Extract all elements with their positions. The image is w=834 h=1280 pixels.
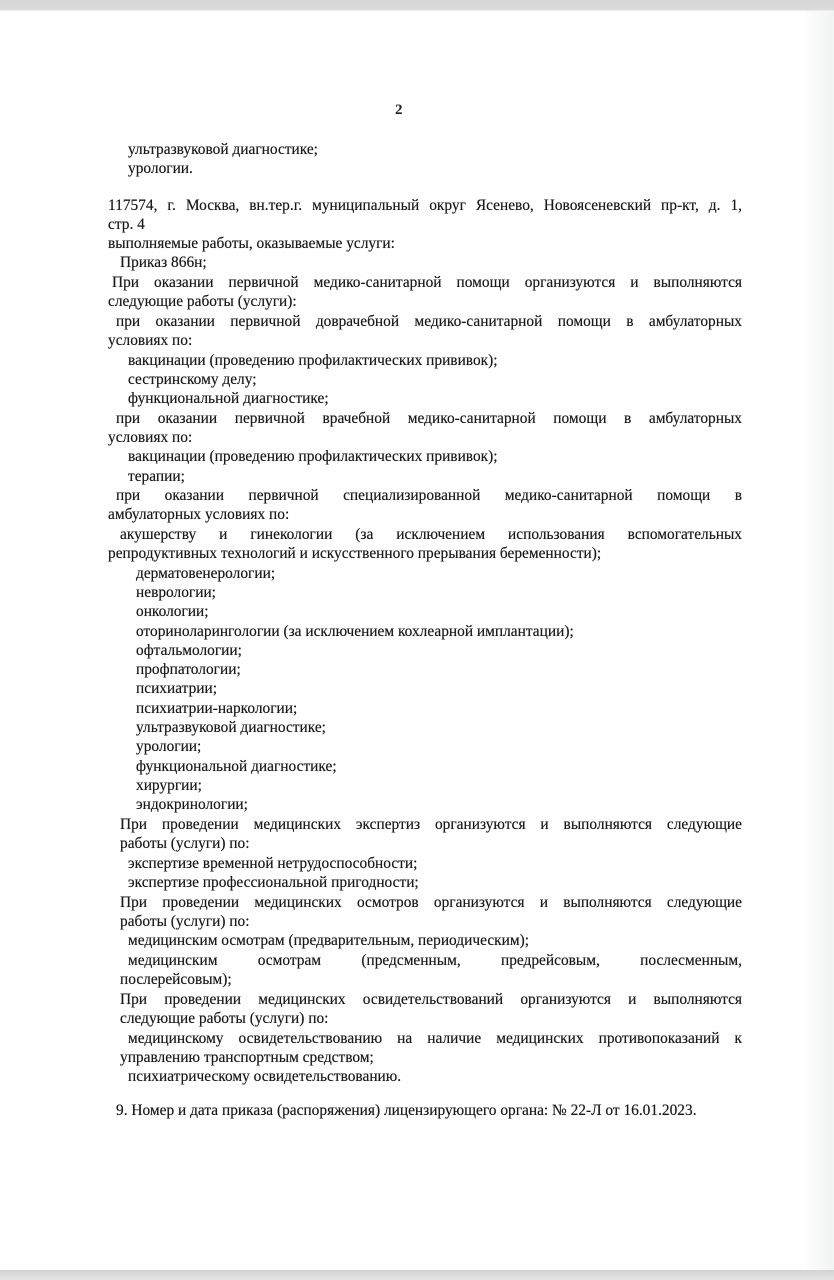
- viewer-top-edge: [0, 0, 834, 11]
- list-item: сестринскому делу;: [128, 370, 256, 389]
- address-line-1: 117574, г. Москва, вн.тер.г. муниципальн…: [108, 196, 742, 215]
- list-item: неврологии;: [136, 583, 216, 602]
- list-item: функциональной диагностике;: [136, 757, 337, 776]
- list-item: функциональной диагностике;: [128, 389, 329, 408]
- list-item: медицинскому освидетельствованию на нали…: [128, 1029, 742, 1048]
- certifications-intro-cont: следующие работы (услуги) по:: [120, 1009, 328, 1028]
- list-item-cont: послерейсовым);: [120, 970, 232, 989]
- page-number: 2: [395, 102, 403, 119]
- list-item: ультразвуковой диагностике;: [136, 718, 326, 737]
- list-item: экспертизе временной нетрудоспособности;: [128, 854, 417, 873]
- list-item: психиатрии;: [136, 679, 217, 698]
- viewer-bottom-edge: [0, 1270, 834, 1280]
- list-item: вакцинации (проведению профилактических …: [128, 351, 498, 370]
- list-item: дерматовенерологии;: [136, 564, 275, 583]
- physician-heading: при оказании первичной врачебной медико-…: [116, 409, 742, 428]
- list-item: онкологии;: [136, 602, 209, 621]
- list-item: медицинским осмотрам (предварительным, п…: [128, 931, 529, 950]
- examinations-intro: При проведении медицинских осмотров орга…: [120, 893, 742, 912]
- list-item: эндокринологии;: [136, 795, 248, 814]
- works-heading: выполняемые работы, оказываемые услуги:: [108, 234, 395, 253]
- prehospital-heading: при оказании первичной доврачебной медик…: [116, 312, 742, 331]
- order-reference: Приказ 866н;: [120, 253, 207, 272]
- primary-care-intro-cont: следующие работы (услуги):: [108, 292, 297, 311]
- list-item: профпатологии;: [136, 660, 241, 679]
- list-item: психиатрии-наркологии;: [136, 699, 297, 718]
- list-item: офтальмологии;: [136, 641, 242, 660]
- continued-item: урологии.: [128, 159, 193, 178]
- list-item-cont: репродуктивных технологий и искусственно…: [108, 544, 601, 563]
- prehospital-heading-cont: условиях по:: [108, 331, 192, 350]
- physician-heading-cont: условиях по:: [108, 428, 192, 447]
- list-item: урологии;: [136, 737, 201, 756]
- list-item: хирургии;: [136, 776, 202, 795]
- list-item: терапии;: [128, 467, 185, 486]
- list-item: медицинским осмотрам (предсменным, предр…: [128, 951, 742, 970]
- list-item: экспертизе профессиональной пригодности;: [128, 873, 419, 892]
- list-item-cont: управлению транспортным средством;: [120, 1048, 374, 1067]
- primary-care-intro: При оказании первичной медико-санитарной…: [112, 273, 742, 292]
- scan-shadow: [804, 11, 834, 1270]
- list-item: вакцинации (проведению профилактических …: [128, 447, 498, 466]
- specialized-heading-cont: амбулаторных условиях по:: [108, 505, 289, 524]
- list-item: психиатрическому освидетельствованию.: [128, 1067, 401, 1086]
- specialized-heading: при оказании первичной специализированно…: [116, 486, 742, 505]
- certifications-intro: При проведении медицинских освидетельств…: [120, 990, 742, 1009]
- continued-item: ультразвуковой диагностике;: [128, 140, 318, 159]
- examinations-intro-cont: работы (услуги) по:: [120, 912, 250, 931]
- address-line-2: стр. 4: [108, 215, 145, 234]
- list-item: акушерству и гинекологии (за исключением…: [120, 525, 742, 544]
- expertise-intro-cont: работы (услуги) по:: [120, 834, 250, 853]
- scanned-page: 2 ультразвуковой диагностике; урологии. …: [0, 11, 834, 1270]
- list-item: оториноларингологии (за исключением кохл…: [136, 622, 574, 641]
- expertise-intro: При проведении медицинских экспертиз орг…: [120, 815, 742, 834]
- section-9: 9. Номер и дата приказа (распоряжения) л…: [116, 1101, 697, 1120]
